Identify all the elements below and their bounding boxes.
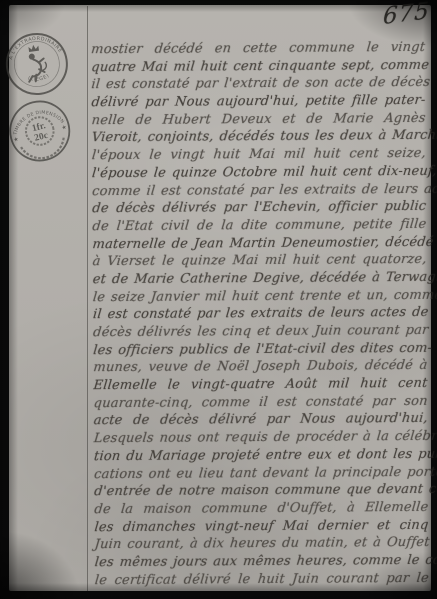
margin-rule-line [87, 6, 88, 591]
manuscript-line: l'épouse le quinze Octobre mil huit cent… [91, 163, 427, 183]
manuscript-line: d'entrée de notre maison commune que dev… [93, 481, 429, 501]
manuscript-line: et de Marie Catherine Degive, décédée à … [92, 269, 428, 289]
manuscript-line: Ellemelle le vingt-quatre Août mil huit … [93, 375, 429, 395]
manuscript-line: de l'Etat civil de la dite commune, peti… [92, 216, 428, 236]
manuscript-line: de la maison commune d'Ouffet, à Ellemel… [93, 499, 429, 519]
manuscript-line: de décès délivrés par l'Echevin, officie… [91, 198, 427, 218]
star-icon: ★ [61, 124, 67, 131]
manuscript-line: l'époux le vingt huit Mai mil huit cent … [91, 145, 427, 165]
manuscript-line: Lesquels nous ont requis de procéder à l… [93, 428, 429, 448]
manuscript-line: mostier décédé en cette commune le vingt [90, 39, 426, 59]
manuscript-line: délivré par Nous aujourd'hui, petite fil… [91, 92, 427, 112]
crown-icon [28, 44, 39, 52]
scanned-page: 675 A L'EXTRAORDINAIRE (LIÉGE) [0, 0, 437, 599]
star-icon: ★ [13, 136, 19, 143]
manuscript-line: les mêmes jours aux mêmes heures, comme … [94, 552, 430, 572]
manuscript-line: tion du Mariage projeté entre eux et don… [93, 446, 429, 466]
manuscript-line: décès délivrés les cinq et deux Juin cou… [92, 322, 428, 342]
manuscript-line: il est constaté par les extraits de leur… [92, 304, 428, 324]
manuscript-line: Juin courant, à dix heures du matin, et … [94, 534, 430, 554]
manuscript-line: le certificat délivré le huit Juin coura… [94, 569, 430, 589]
manuscript-text: mostier décédé en cette commune le vingt… [91, 39, 429, 590]
manuscript-line: à Vierset le quinze Mai mil huit cent qu… [92, 251, 428, 271]
